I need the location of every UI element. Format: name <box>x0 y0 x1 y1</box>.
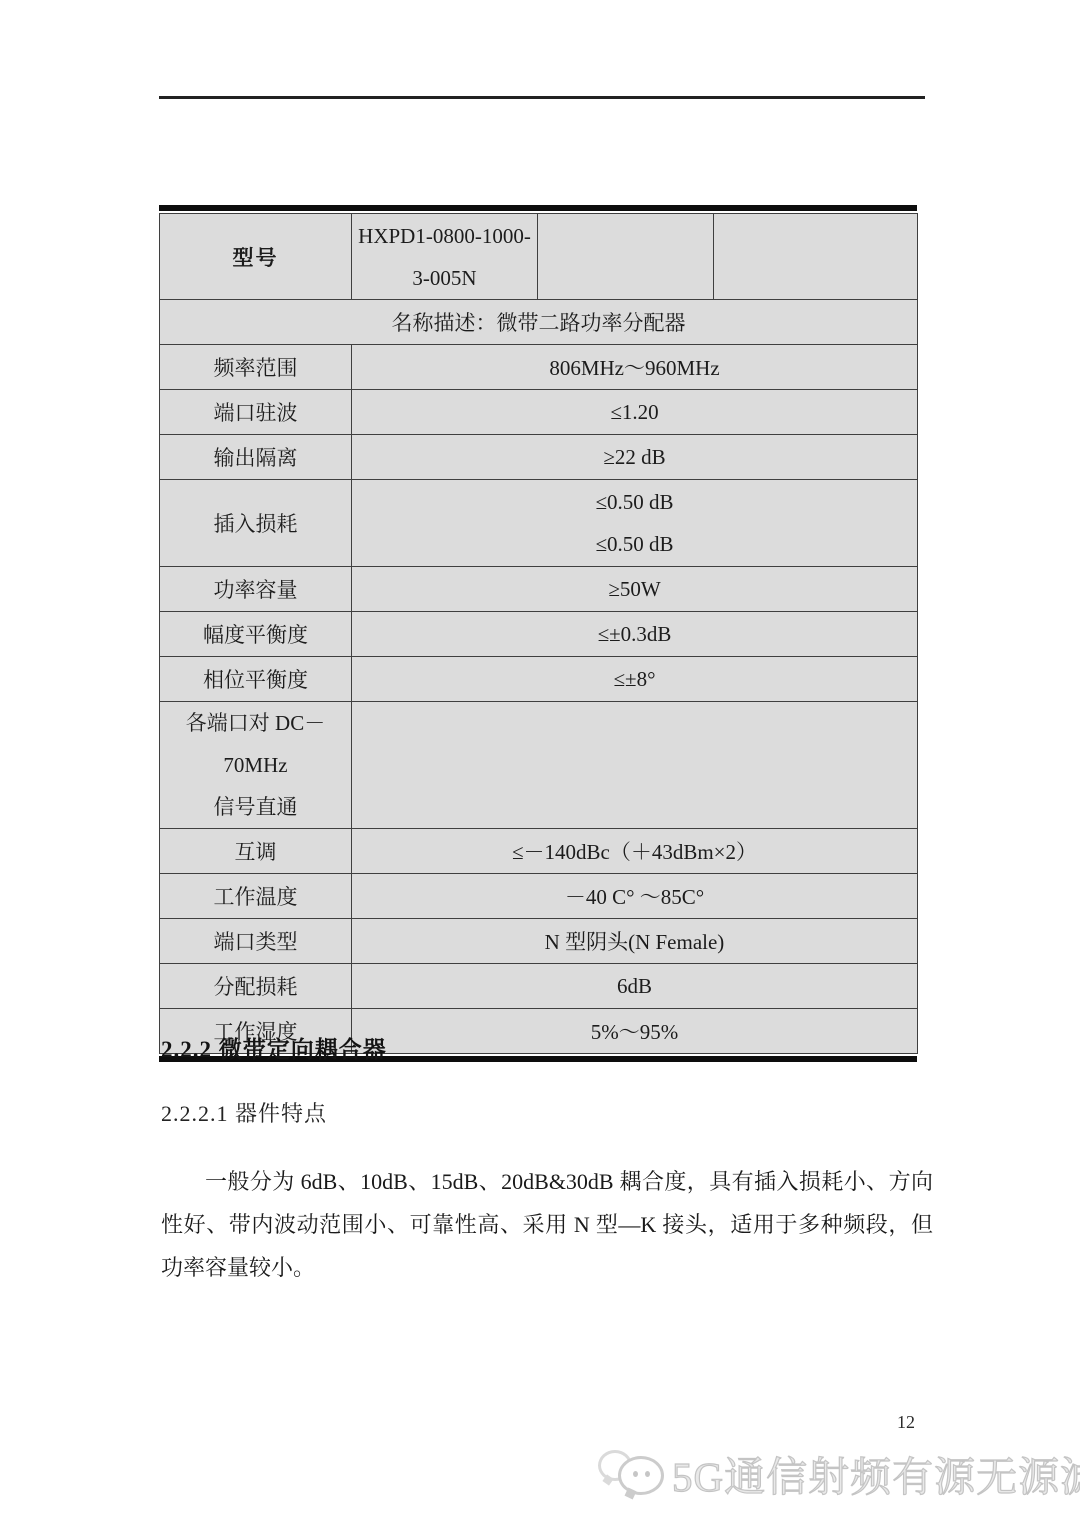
table-row: 频率范围 806MHz～960MHz <box>160 345 918 390</box>
page-number: 12 <box>897 1412 915 1433</box>
header-rule <box>159 96 925 99</box>
bubble-eye-left <box>633 1471 638 1477</box>
model-value-line1: HXPD1-0800-1000- <box>356 215 533 257</box>
row-label: 端口类型 <box>160 919 352 964</box>
model-empty-cell-1 <box>538 214 714 300</box>
row-label: 分配损耗 <box>160 964 352 1009</box>
row-value: ≥50W <box>352 567 918 612</box>
row-value: 806MHz～960MHz <box>352 345 918 390</box>
name-desc-cell: 名称描述：微带二路功率分配器 <box>160 300 918 345</box>
row-value-empty <box>352 702 918 829</box>
row-value: －40 C° ～85C° <box>352 874 918 919</box>
table-row: 功率容量 ≥50W <box>160 567 918 612</box>
model-empty-cell-2 <box>714 214 918 300</box>
row-label: 插入损耗 <box>160 480 352 567</box>
section-heading: 2.2.2 微带定向耦合器 <box>161 1031 387 1064</box>
row-label: 输出隔离 <box>160 435 352 480</box>
table-row-model: 型号 HXPD1-0800-1000- 3-005N <box>160 214 918 300</box>
table-row: 分配损耗 6dB <box>160 964 918 1009</box>
watermark-text: 5G通信射频有源无源滤波器天线 <box>672 1444 1080 1503</box>
row-label: 各端口对 DC－70MHz 信号直通 <box>160 702 352 829</box>
spec-table: 型号 HXPD1-0800-1000- 3-005N 名称描述：微带二路功率分配… <box>159 205 917 1062</box>
row-label-line1: 各端口对 DC－70MHz <box>164 702 347 786</box>
table-row: 端口驻波 ≤1.20 <box>160 390 918 435</box>
table-row: 端口类型 N 型阴头(N Female) <box>160 919 918 964</box>
table-row: 互调 ≤－140dBc（＋43dBm×2） <box>160 829 918 874</box>
row-value: ≤±8° <box>352 657 918 702</box>
section-subheading: 2.2.2.1 器件特点 <box>161 1097 327 1128</box>
body-paragraph: 一般分为 6dB、10dB、15dB、20dB&30dB 耦合度，具有插入损耗小… <box>161 1160 933 1289</box>
document-page: 型号 HXPD1-0800-1000- 3-005N 名称描述：微带二路功率分配… <box>0 0 1080 1526</box>
row-value: ≤1.20 <box>352 390 918 435</box>
row-label: 幅度平衡度 <box>160 612 352 657</box>
watermark: 5G通信射频有源无源滤波器天线 <box>596 1442 1080 1504</box>
row-label: 工作温度 <box>160 874 352 919</box>
row-label: 相位平衡度 <box>160 657 352 702</box>
table-row-name-desc: 名称描述：微带二路功率分配器 <box>160 300 918 345</box>
table-row: 插入损耗 ≤0.50 dB ≤0.50 dB <box>160 480 918 567</box>
row-value: 6dB <box>352 964 918 1009</box>
table-row: 各端口对 DC－70MHz 信号直通 <box>160 702 918 829</box>
table-row: 输出隔离 ≥22 dB <box>160 435 918 480</box>
table-row: 工作温度 －40 C° ～85C° <box>160 874 918 919</box>
bubble-eye-right <box>645 1471 650 1477</box>
row-label-line2: 信号直通 <box>164 786 347 828</box>
row-value: 5%～95% <box>352 1009 918 1054</box>
wechat-icon <box>596 1442 668 1504</box>
row-label: 互调 <box>160 829 352 874</box>
row-label: 功率容量 <box>160 567 352 612</box>
chat-bubble-front-icon <box>618 1456 664 1495</box>
table-row: 幅度平衡度 ≤±0.3dB <box>160 612 918 657</box>
model-label-cell: 型号 <box>160 214 352 300</box>
row-value-line2: ≤0.50 dB <box>356 523 913 565</box>
table-row: 相位平衡度 ≤±8° <box>160 657 918 702</box>
spec-table-grid: 型号 HXPD1-0800-1000- 3-005N 名称描述：微带二路功率分配… <box>159 213 918 1054</box>
row-value: ≤－140dBc（＋43dBm×2） <box>352 829 918 874</box>
row-value: N 型阴头(N Female) <box>352 919 918 964</box>
row-label: 频率范围 <box>160 345 352 390</box>
row-value: ≤0.50 dB ≤0.50 dB <box>352 480 918 567</box>
model-value-cell: HXPD1-0800-1000- 3-005N <box>352 214 538 300</box>
row-value: ≤±0.3dB <box>352 612 918 657</box>
row-value: ≥22 dB <box>352 435 918 480</box>
row-value-line1: ≤0.50 dB <box>356 481 913 523</box>
model-value-line2: 3-005N <box>356 257 533 299</box>
row-label: 端口驻波 <box>160 390 352 435</box>
